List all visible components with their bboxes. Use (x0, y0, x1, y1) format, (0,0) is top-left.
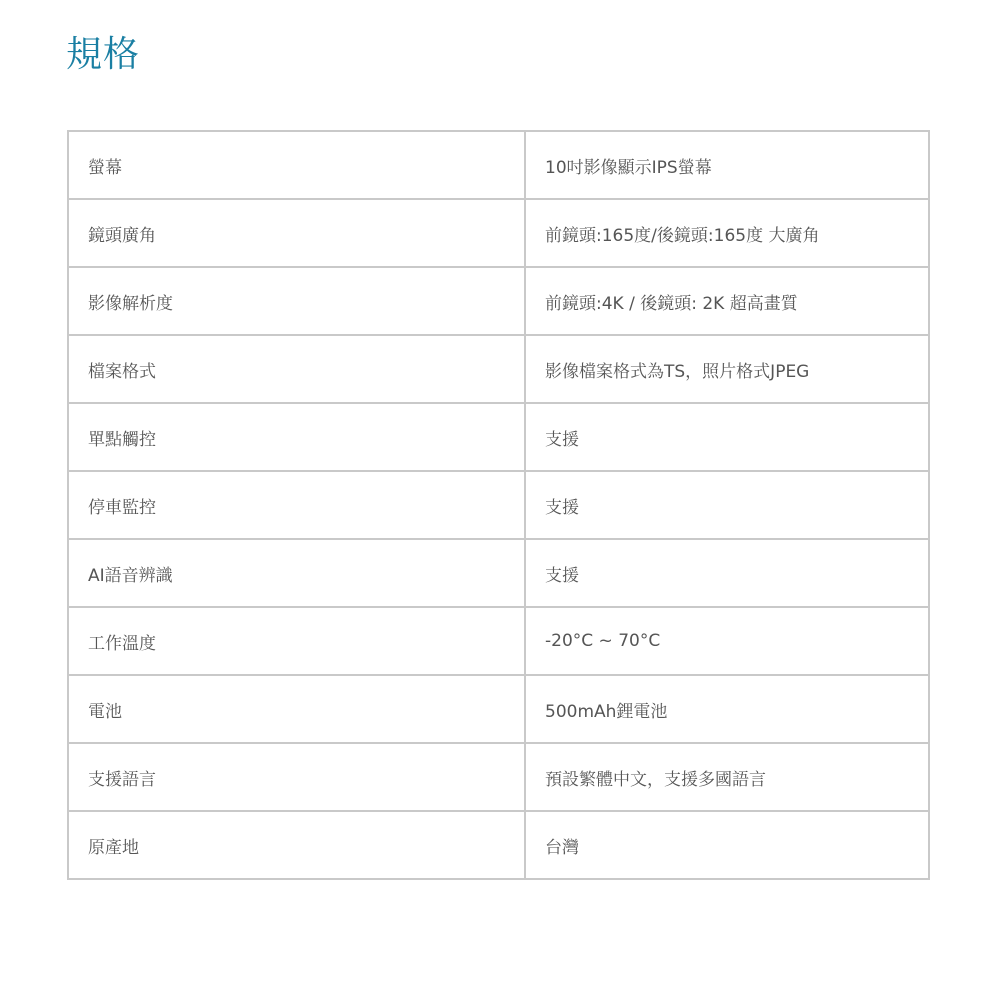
spec-row-origin: 原產地 台灣 (68, 811, 929, 879)
spec-value: -20°C ~ 70°C (525, 607, 929, 675)
spec-label: AI語音辨識 (68, 539, 525, 607)
spec-label: 支援語言 (68, 743, 525, 811)
spec-row-touch: 單點觸控 支援 (68, 403, 929, 471)
spec-value: 影像檔案格式為TS，照片格式JPEG (525, 335, 929, 403)
spec-label: 單點觸控 (68, 403, 525, 471)
spec-value: 支援 (525, 471, 929, 539)
spec-label: 螢幕 (68, 131, 525, 199)
spec-row-temperature: 工作溫度 -20°C ~ 70°C (68, 607, 929, 675)
spec-row-parking-monitor: 停車監控 支援 (68, 471, 929, 539)
spec-label: 鏡頭廣角 (68, 199, 525, 267)
spec-label: 影像解析度 (68, 267, 525, 335)
spec-row-file-format: 檔案格式 影像檔案格式為TS，照片格式JPEG (68, 335, 929, 403)
spec-value: 前鏡頭:4K / 後鏡頭: 2K 超高畫質 (525, 267, 929, 335)
spec-row-ai-voice: AI語音辨識 支援 (68, 539, 929, 607)
spec-row-lens-angle: 鏡頭廣角 前鏡頭:165度/後鏡頭:165度 大廣角 (68, 199, 929, 267)
spec-value: 10吋影像顯示IPS螢幕 (525, 131, 929, 199)
spec-value: 支援 (525, 539, 929, 607)
spec-label: 檔案格式 (68, 335, 525, 403)
spec-label: 電池 (68, 675, 525, 743)
spec-row-screen: 螢幕 10吋影像顯示IPS螢幕 (68, 131, 929, 199)
spec-row-resolution: 影像解析度 前鏡頭:4K / 後鏡頭: 2K 超高畫質 (68, 267, 929, 335)
spec-value: 預設繁體中文，支援多國語言 (525, 743, 929, 811)
spec-label: 原產地 (68, 811, 525, 879)
spec-table: 螢幕 10吋影像顯示IPS螢幕 鏡頭廣角 前鏡頭:165度/後鏡頭:165度 大… (67, 130, 930, 880)
spec-value: 500mAh鋰電池 (525, 675, 929, 743)
spec-label: 停車監控 (68, 471, 525, 539)
spec-label: 工作溫度 (68, 607, 525, 675)
spec-value: 支援 (525, 403, 929, 471)
spec-row-battery: 電池 500mAh鋰電池 (68, 675, 929, 743)
spec-row-language: 支援語言 預設繁體中文，支援多國語言 (68, 743, 929, 811)
page-title: 規格 (66, 30, 140, 80)
spec-value: 前鏡頭:165度/後鏡頭:165度 大廣角 (525, 199, 929, 267)
spec-value: 台灣 (525, 811, 929, 879)
